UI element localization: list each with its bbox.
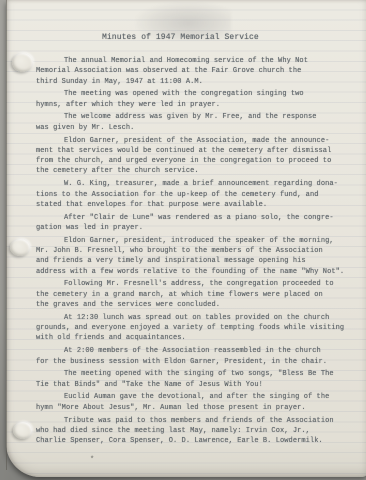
paragraph: The meeting opened with the singing of t… <box>36 369 358 390</box>
text-line: the cemetery after the church service. <box>36 166 358 176</box>
paragraph: Tribute was paid to thos members and fri… <box>36 416 358 447</box>
text-line: The welcome address was given by Mr. Fre… <box>36 112 358 122</box>
text-line: ment that services would be continued at… <box>36 146 358 156</box>
text-line: was given by Mr. Lesch. <box>36 123 358 133</box>
text-line: gation was led in prayer. <box>36 223 358 233</box>
paragraph: The annual Memorial and Homecoming servi… <box>36 56 358 87</box>
text-line: address with a few words relative to the… <box>36 267 358 277</box>
text-line: Euclid Auman gave the devotional, and af… <box>36 392 358 402</box>
scanned-document: { "colors": { "paper": "#e7e4db", "ink":… <box>0 0 366 480</box>
paragraph: W. G. King, treasurer, made a brief anno… <box>36 179 358 210</box>
text-line: Memorial Association was observed at the… <box>36 66 358 76</box>
paragraph: Following Mr. Fresnell's address, the co… <box>36 279 358 310</box>
punch-hole-middle <box>10 239 30 256</box>
text-line: and friends a very timely and inspiratio… <box>36 256 358 266</box>
text-line: with old friends and acquaintances. <box>36 333 358 343</box>
text-line: Charlie Spenser, Cora Spenser, O. D. Law… <box>36 436 358 446</box>
text-line: who had died since the meeting last May,… <box>36 426 358 436</box>
paragraph: At 2:00 members of the Association reass… <box>36 346 358 367</box>
text-line: At 12:30 lunch was spread out on tables … <box>36 313 358 323</box>
text-line: At 2:00 members of the Association reass… <box>36 346 358 356</box>
text-line: Eldon Garner, president of the Associati… <box>36 136 358 146</box>
paragraph: At 12:30 lunch was spread out on tables … <box>36 313 358 344</box>
paragraph: The welcome address was given by Mr. Fre… <box>36 112 358 133</box>
punch-hole-bottom <box>13 422 32 439</box>
text-line: Mr. John B. Fresnell, who brought to the… <box>36 246 358 256</box>
text-line: W. G. King, treasurer, made a brief anno… <box>36 179 358 189</box>
punch-hole-top <box>12 53 33 72</box>
text-line: the graves and the services were conclud… <box>36 300 358 310</box>
text-line: Following Mr. Fresnell's address, the co… <box>36 279 358 289</box>
text-line: Tribute was paid to thos members and fri… <box>36 416 358 426</box>
text-line: The annual Memorial and Homecoming servi… <box>36 56 358 66</box>
text-line: tions to the Association for the up-keep… <box>36 190 358 200</box>
paragraph: Euclid Auman gave the devotional, and af… <box>36 392 358 413</box>
paragraph: Eldon Garner, president, introduced the … <box>36 236 358 277</box>
text-line: for the business session with Eldon Garn… <box>36 357 358 367</box>
paragraph: Eldon Garner, president of the Associati… <box>36 136 358 177</box>
page-left-edge <box>6 0 7 470</box>
text-line: from the church, and urged everyone in t… <box>36 156 358 166</box>
text-line: hymn "More About Jesus", Mr. Auman led t… <box>36 403 358 413</box>
document-title: Minutes of 1947 Memorial Service <box>102 33 259 42</box>
text-line: hymns, after which they were led in pray… <box>36 100 358 110</box>
text-line: third Sunday in May, 1947 at 11:00 A.M. <box>36 77 358 87</box>
text-line: After "Clair de Lune" was rendered as a … <box>36 213 358 223</box>
paragraph: After "Clair de Lune" was rendered as a … <box>36 213 358 234</box>
text-line: grounds, and everyone enjoyed a variety … <box>36 323 358 333</box>
text-line: The meeting was opened with the congrega… <box>36 89 358 99</box>
text-line: the cemetery in a grand march, at which … <box>36 290 358 300</box>
text-line: Tie that Binds" and "Take the Name of Je… <box>36 380 358 390</box>
document-body: The annual Memorial and Homecoming servi… <box>36 56 358 449</box>
footnote-mark: * <box>90 456 94 464</box>
document-page: Minutes of 1947 Memorial Service The ann… <box>6 0 366 477</box>
text-line: stated that envelopes for that purpose w… <box>36 200 358 210</box>
paragraph: The meeting was opened with the congrega… <box>36 89 358 110</box>
text-line: Eldon Garner, president, introduced the … <box>36 236 358 246</box>
text-line: The meeting opened with the singing of t… <box>36 369 358 379</box>
